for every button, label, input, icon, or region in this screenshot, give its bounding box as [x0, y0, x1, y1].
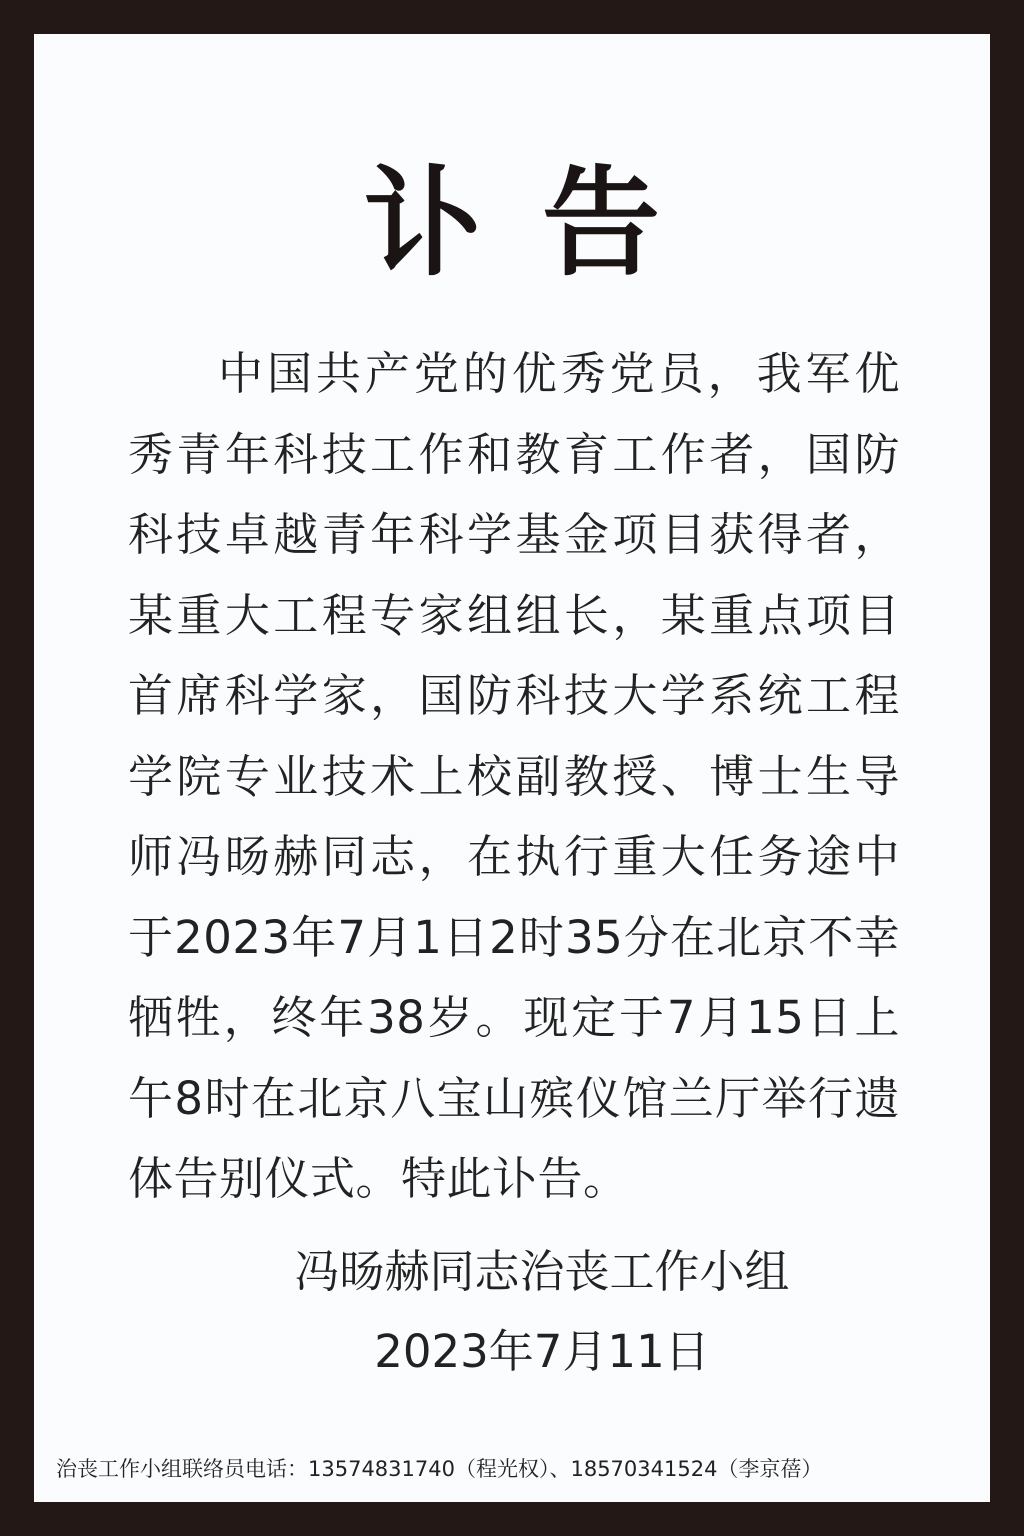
obituary-title: 讣告: [34, 164, 990, 282]
obituary-body: 中国共产党的优秀党员，我军优秀青年科技工作和教育工作者，国防科技卓越青年科学基金…: [128, 334, 900, 1220]
contact-info: 治丧工作小组联络员电话：13574831740（程光权）、18570341524…: [56, 1459, 986, 1480]
issuer-name: 冯旸赫同志治丧工作小组: [94, 1232, 990, 1312]
issue-date: 2023年7月11日: [94, 1312, 990, 1392]
signature-block: 冯旸赫同志治丧工作小组 2023年7月11日: [34, 1232, 990, 1392]
obituary-panel: 讣告 中国共产党的优秀党员，我军优秀青年科技工作和教育工作者，国防科技卓越青年科…: [34, 34, 990, 1502]
